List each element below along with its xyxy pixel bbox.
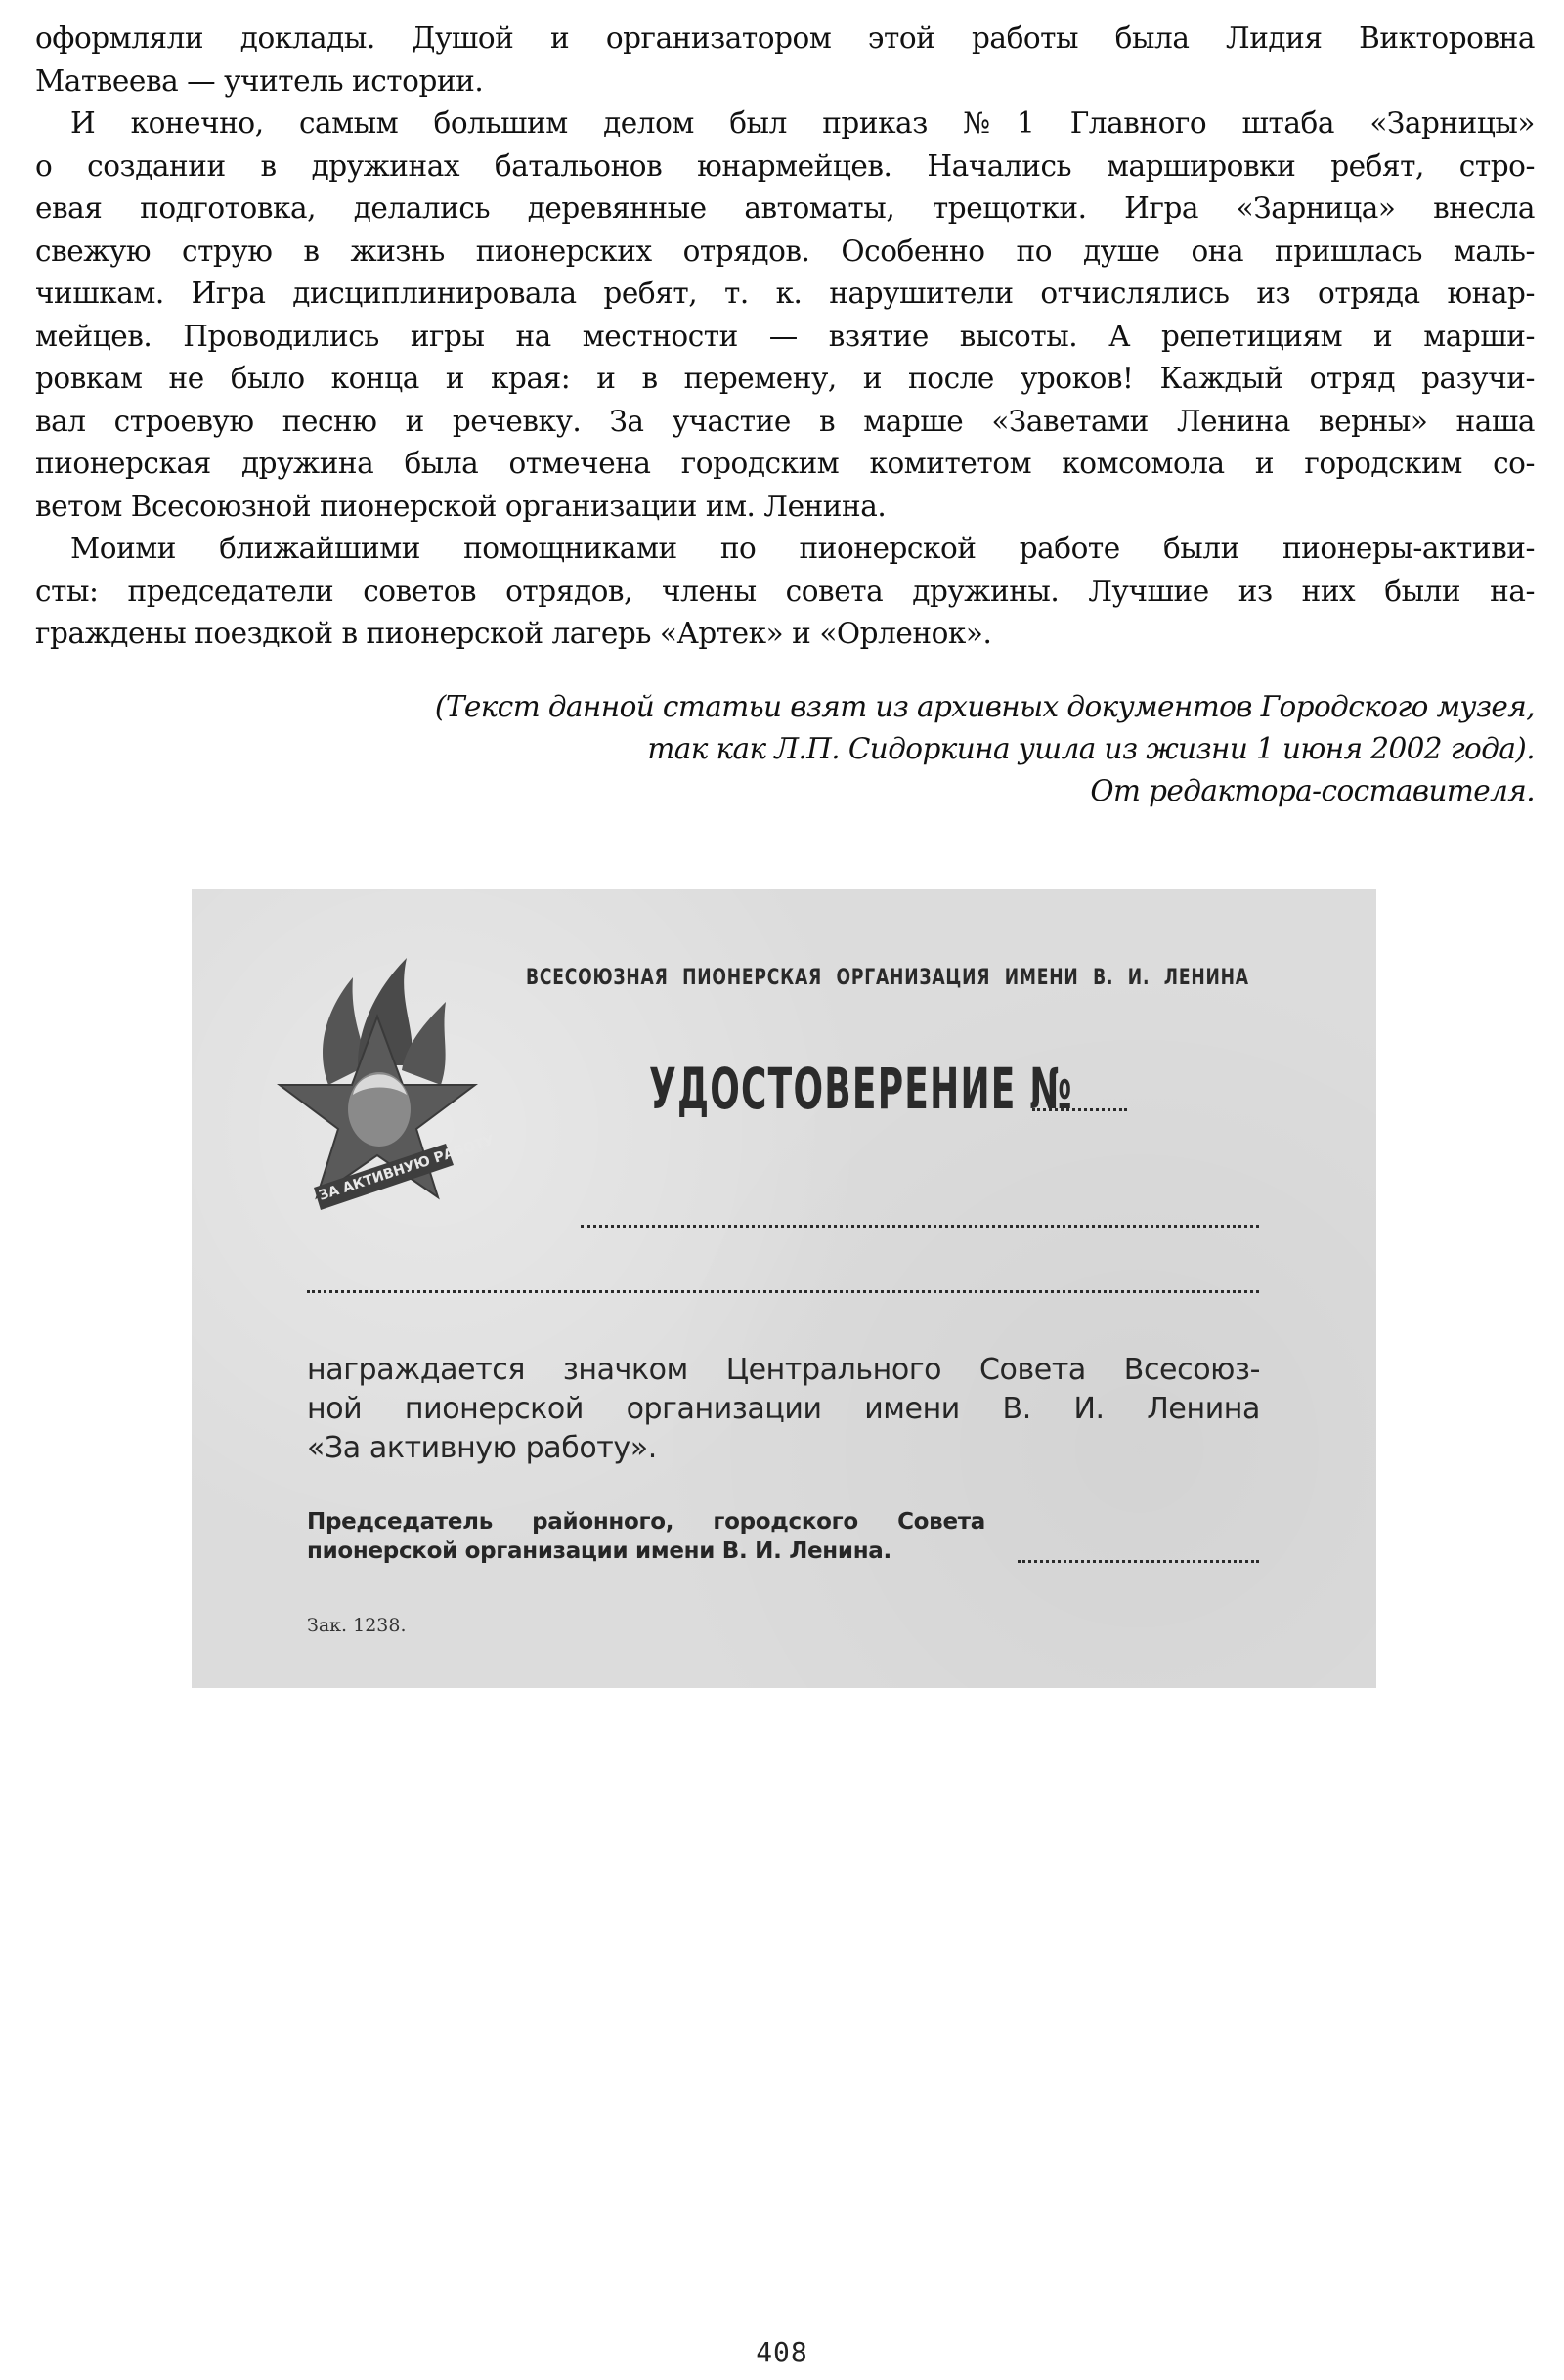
text-line: сты: председатели советов отрядов, члены… (35, 571, 1535, 614)
page-number: 408 (0, 2336, 1564, 2368)
certificate-number-field (1032, 1108, 1127, 1111)
paragraph-3: Моими ближайшими помощниками по пионерск… (35, 528, 1535, 656)
certificate-award-text: награждается значком Центрального Совета… (307, 1351, 1260, 1468)
recipient-name-line (581, 1225, 1259, 1228)
paragraph-1: оформляли доклады. Душой и организатором… (35, 18, 1535, 103)
text-line: вал строевую песню и речевку. За участие… (35, 401, 1535, 444)
award-line: награждается значком Центрального Совета… (307, 1351, 1260, 1390)
text-line: оформляли доклады. Душой и организатором… (35, 18, 1535, 61)
text-line: о создании в дружинах батальонов юнармей… (35, 146, 1535, 189)
certificate-title: УДОСТОВЕРЕНИЕ № (649, 1056, 1073, 1122)
certificate-signer: Председатель районного, городского Совет… (307, 1507, 1011, 1566)
signature-line (1018, 1560, 1259, 1563)
text-line: Моими ближайшими помощниками по пионерск… (35, 528, 1535, 571)
text-line: ветом Всесоюзной пионерской организации … (35, 486, 1535, 529)
signer-line: пионерской организации имени В. И. Ленин… (307, 1536, 1011, 1566)
text-line: мейцев. Проводились игры на местности — … (35, 316, 1535, 359)
text-line: ровкам не было конца и края: и в перемен… (35, 358, 1535, 401)
certificate-order-number: Зак. 1238. (307, 1615, 407, 1636)
text-line: свежую струю в жизнь пионерских отрядов.… (35, 231, 1535, 274)
recipient-details-line (307, 1290, 1259, 1293)
certificate-organization: ВСЕСОЮЗНАЯ ПИОНЕРСКАЯ ОРГАНИЗАЦИЯ ИМЕНИ … (526, 966, 1106, 990)
editor-note: (Текст данной статьи взят из архивных до… (166, 686, 1535, 812)
editor-note-signature: От редактора-составителя. (166, 770, 1535, 812)
text-line: евая подготовка, делались деревянные авт… (35, 188, 1535, 231)
paragraph-2: И конечно, самым большим делом был прика… (35, 103, 1535, 528)
award-line: «За активную работу». (307, 1429, 1260, 1468)
article-body: оформляли доклады. Душой и организатором… (35, 18, 1535, 656)
award-line: ной пионерской организации имени В. И. Л… (307, 1390, 1260, 1429)
text-line: чишкам. Игра дисциплинировала ребят, т. … (35, 273, 1535, 316)
pioneer-badge-icon: ЗА АКТИВНУЮ РАБОТУ (260, 948, 495, 1222)
editor-note-line: (Текст данной статьи взят из архивных до… (166, 686, 1535, 728)
text-line: граждены поездкой в пионерской лагерь «А… (35, 613, 1535, 656)
signer-line: Председатель районного, городского Совет… (307, 1507, 985, 1536)
text-line: пионерская дружина была отмечена городск… (35, 443, 1535, 486)
editor-note-line: так как Л.П. Сидоркина ушла из жизни 1 и… (166, 728, 1535, 770)
text-line: Матвеева — учитель истории. (35, 61, 1535, 104)
text-line: И конечно, самым большим делом был прика… (35, 103, 1535, 146)
certificate-image: ЗА АКТИВНУЮ РАБОТУ ВСЕСОЮЗНАЯ ПИОНЕРСКАЯ… (192, 889, 1376, 1688)
